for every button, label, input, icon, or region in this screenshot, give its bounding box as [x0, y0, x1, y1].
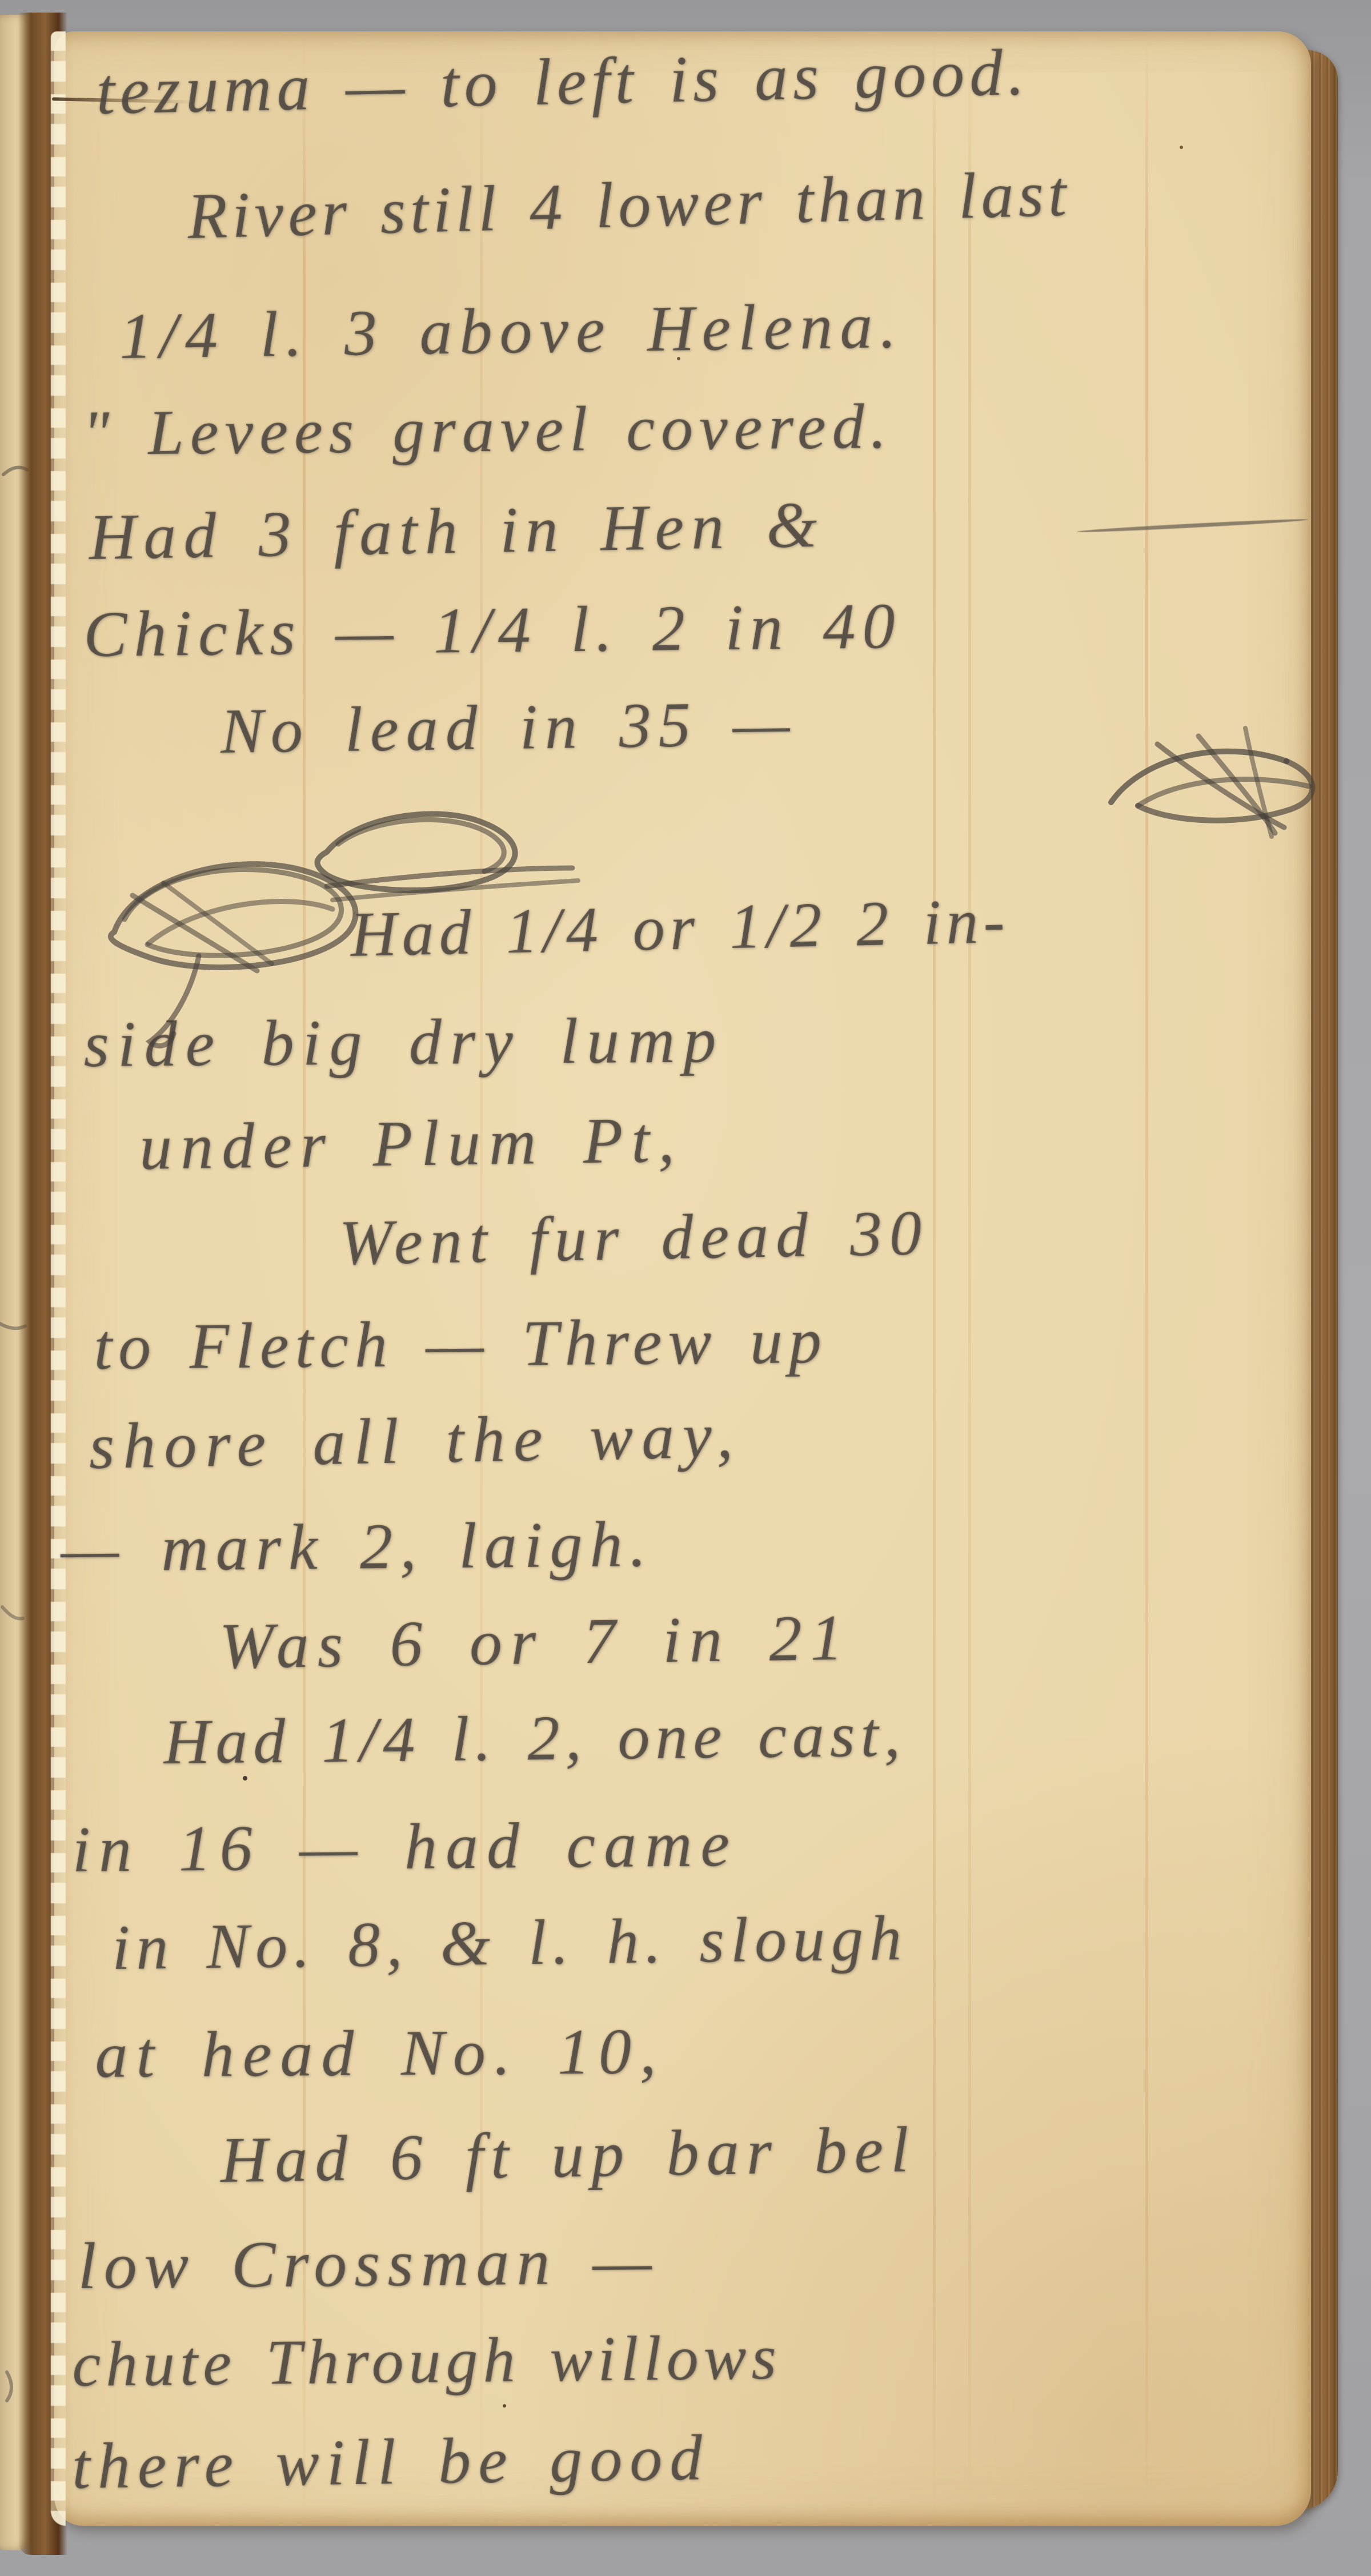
handwritten-line: to Fletch — Threw up [94, 1303, 828, 1385]
handwritten-line: there will be good [71, 2420, 710, 2504]
handwritten-line: — mark 2, laigh. [61, 1506, 654, 1587]
paper-crease-line [933, 31, 936, 2526]
handwritten-line: in No. 8, & l. h. slough [111, 1902, 908, 1985]
paper-speck [243, 1776, 247, 1781]
handwritten-line: tezuma — to left is as good. [95, 35, 1030, 130]
handwritten-line: Went fur dead 30 [339, 1196, 929, 1280]
handwritten-line: Was 6 or 7 in 21 [219, 1600, 852, 1684]
paper-crease-line [1145, 31, 1148, 2526]
notebook-page: tezuma — to left is as good. River still… [54, 31, 1311, 2526]
long-dash-stroke [1077, 517, 1308, 533]
scribble-strikeout-block [80, 782, 594, 1056]
paper-speck [677, 357, 680, 360]
handwritten-line: chute Through willows [72, 2321, 782, 2402]
handwritten-line: low Crossman — [78, 2224, 659, 2305]
torn-left-edge [51, 31, 66, 2526]
handwritten-line: shore all the way, [89, 1397, 742, 1484]
paper-speck [503, 2404, 506, 2408]
handwritten-line: at head No. 10, [95, 2014, 665, 2093]
handwritten-line: Had 6 ft up bar bel [220, 2112, 917, 2198]
handwritten-line: 1/4 l. 3 above Helena. [119, 288, 904, 374]
scratched-out-word [1103, 711, 1331, 848]
handwritten-line: River still 4 lower than last [187, 156, 1072, 254]
handwritten-line: Had 1/4 l. 2, one cast, [163, 1698, 907, 1779]
handwritten-line: " Levees gravel covered. [82, 390, 893, 471]
paper-crease-line [968, 31, 971, 2526]
handwritten-line: Had 3 fath in Hen & [89, 487, 825, 575]
handwritten-line: in 16 — had came [72, 1806, 739, 1887]
paper-speck [1180, 146, 1183, 149]
handwritten-line: under Plum Pt, [139, 1102, 683, 1185]
scanned-notebook-photo: tezuma — to left is as good. River still… [0, 0, 1371, 2576]
handwritten-line: Chicks — 1/4 l. 2 in 40 [83, 588, 902, 672]
handwritten-line: No lead in 35 — [220, 687, 797, 769]
